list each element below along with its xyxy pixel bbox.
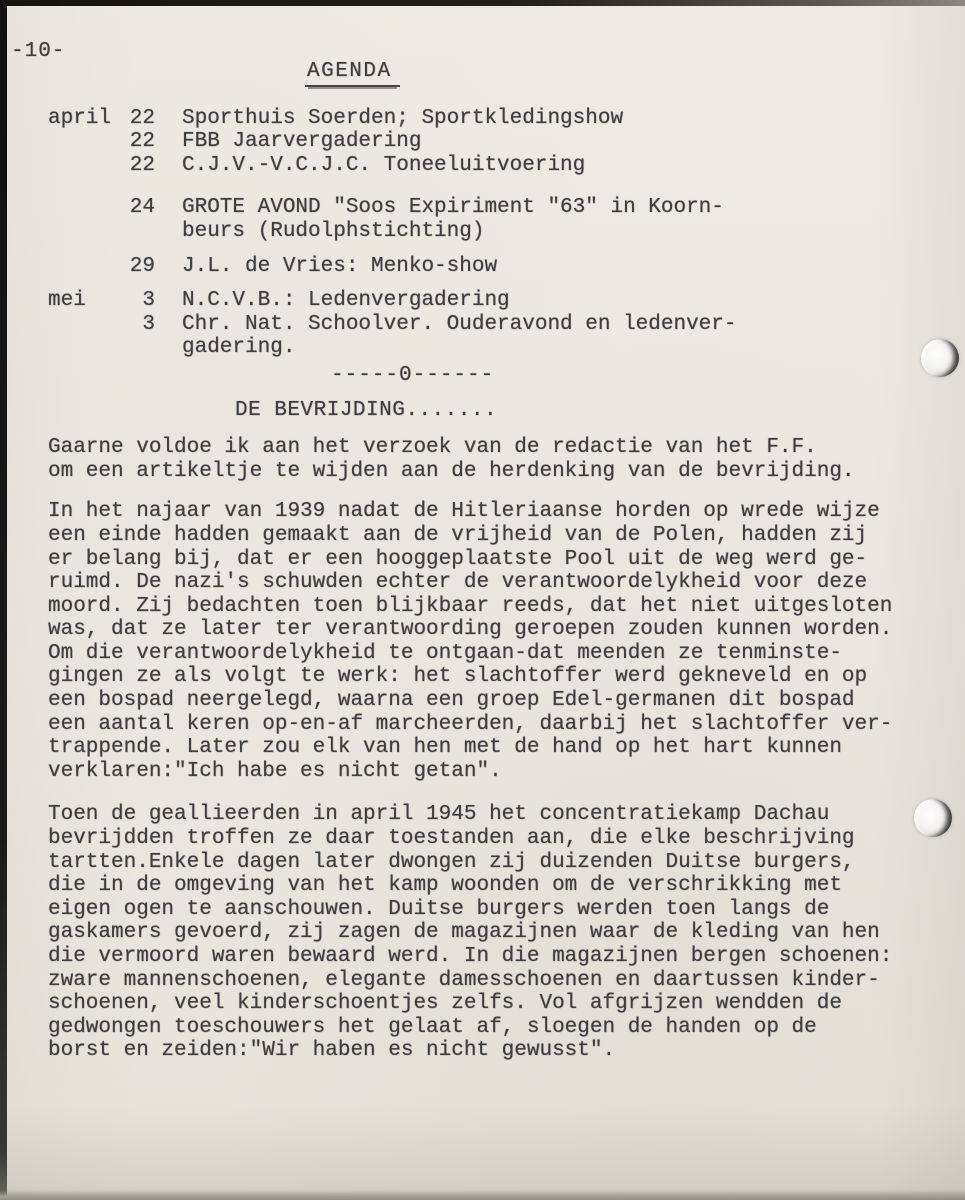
agenda-list: april 22 Sporthuis Soerden; Sportkleding… xyxy=(48,107,920,360)
agenda-day: 22 xyxy=(127,107,155,131)
agenda-event: J.L. de Vries: Menko-show xyxy=(182,255,497,279)
article-paragraph: Gaarne voldoe ik aan het verzoek van de … xyxy=(48,436,920,483)
scan-edge-bottom xyxy=(0,1191,965,1200)
agenda-item: 3 Chr. Nat. Schoolver. Ouderavond en led… xyxy=(48,313,920,360)
agenda-event: FBB Jaarvergadering xyxy=(182,130,421,154)
agenda-item: 24 GROTE AVOND "Soos Expiriment "63" in … xyxy=(48,196,920,243)
article-paragraph: In het najaar van 1939 nadat de Hitleria… xyxy=(48,500,920,783)
agenda-heading: AGENDA xyxy=(305,60,400,87)
agenda-event: GROTE AVOND "Soos Expiriment "63" in Koo… xyxy=(182,196,724,243)
article-paragraph: Toen de geallieerden in april 1945 het c… xyxy=(48,803,920,1063)
agenda-event: C.J.V.-V.C.J.C. Toneeluitvoering xyxy=(182,154,585,178)
article-section: DE BEVRIJDING....... Gaarne voldoe ik aa… xyxy=(48,399,920,1063)
scan-edge-left xyxy=(0,0,7,1200)
agenda-item: 22 C.J.V.-V.C.J.C. Toneeluitvoering xyxy=(48,154,920,178)
agenda-day: 3 xyxy=(127,313,155,337)
agenda-item: april 22 Sporthuis Soerden; Sportkleding… xyxy=(48,107,920,131)
scan-edge-top xyxy=(0,0,965,6)
agenda-event: Chr. Nat. Schoolver. Ouderavond en leden… xyxy=(182,313,737,360)
agenda-item: mei 3 N.C.V.B.: Ledenvergadering xyxy=(48,289,920,313)
agenda-day: 3 xyxy=(127,289,155,313)
section-divider: -----0------ xyxy=(331,364,920,388)
agenda-day: 24 xyxy=(127,196,155,220)
agenda-day: 22 xyxy=(127,154,155,178)
agenda-event: N.C.V.B.: Ledenvergadering xyxy=(182,289,510,313)
agenda-event: Sporthuis Soerden; Sportkledingshow xyxy=(182,107,623,131)
agenda-day: 29 xyxy=(127,255,155,279)
agenda-item: 29 J.L. de Vries: Menko-show xyxy=(48,255,920,279)
article-title: DE BEVRIJDING....... xyxy=(235,399,920,423)
agenda-day: 22 xyxy=(127,130,155,154)
agenda-item: 22 FBB Jaarvergadering xyxy=(48,130,920,154)
document-content: AGENDA april 22 Sporthuis Soerden; Sport… xyxy=(48,60,920,1063)
agenda-month: mei xyxy=(48,289,127,313)
binder-hole-top xyxy=(921,339,959,377)
scanned-document-page: -10- AGENDA april 22 Sporthuis Soerden; … xyxy=(0,0,965,1200)
agenda-month: april xyxy=(48,107,127,131)
agenda-section: AGENDA april 22 Sporthuis Soerden; Sport… xyxy=(48,60,920,388)
